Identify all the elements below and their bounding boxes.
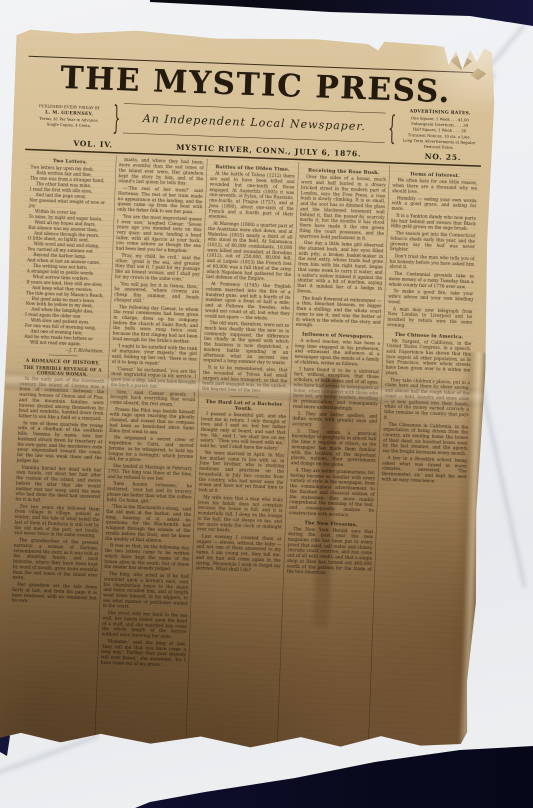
article-paragraph: In one of these quarrels the young wife … — [17, 420, 103, 466]
newspaper-front-page: THE MYSTIC PRESS. PUBLISHED EVERY FRIDAY… — [0, 25, 498, 764]
article-paragraph: In the early part of the fourteenth cent… — [18, 376, 104, 422]
newspaper-content: THE MYSTIC PRESS. PUBLISHED EVERY FRIDAY… — [0, 25, 498, 764]
article-paragraph: Over the sides of a house, much worn and… — [299, 175, 386, 242]
advertising-text: ADVERTISING RATES. One Square, 1 Week . … — [396, 108, 483, 152]
article-paragraph: My wife says that a man who truly loves … — [197, 495, 283, 536]
article-paragraph: ‘Caesar,’ he exclaimed, ‘you are the mos… — [111, 366, 197, 391]
article-paragraph: Mr. Sargent, of California, in the Unite… — [385, 338, 471, 379]
article-paragraph: We were married in April. In May her mot… — [198, 450, 284, 496]
publisher-terms: Terms, $1 Per Year in Advance.Single Cop… — [26, 115, 112, 129]
article-paragraph: I passed a beautiful girl, and she loved… — [200, 411, 286, 452]
article-paragraph: For two years she followed them from vil… — [14, 504, 100, 539]
masthead: THE MYSTIC PRESS. PUBLISHED EVERY FRIDAY… — [25, 56, 484, 167]
dark-fabric-top — [0, 0, 533, 30]
article-paragraph: The Centennial grounds take in more mone… — [389, 271, 474, 290]
article-paragraph: The season got into the Connecticut toba… — [390, 231, 476, 256]
article-paragraph: Last evening I counted them at supper — … — [195, 534, 281, 575]
publisher-box: PUBLISHED EVERY FRIDAY BY L. M. GUERNSEY… — [26, 94, 122, 138]
article-paragraph: It is to be remembered, also, that the w… — [202, 365, 288, 395]
article-paragraph: A school teacher, who has been a long ti… — [294, 338, 380, 368]
article-paragraph: A boy in a Brooklyn school, being asked … — [381, 455, 467, 485]
article-paragraph: ‘Pray, my child, be civil,’ said the oth… — [115, 253, 201, 283]
article-paragraph: The following day Caesar, to whom the ro… — [113, 304, 199, 345]
right-brace-ornament: } — [111, 94, 122, 143]
article-paragraph: Humility — eating your own words with a … — [391, 195, 476, 214]
article-paragraph: —‘The rest of her train?’ said Hortense.… — [117, 186, 203, 216]
article-paragraph: ‘You are the most improvised queen I eve… — [116, 214, 202, 255]
poem: Two letters lay upon my desk,Both writte… — [21, 164, 112, 347]
newspaper-subtitle: An Independent Local Newspaper. — [143, 113, 367, 134]
article-paragraph: Vannina buried her dead with her own han… — [15, 465, 101, 506]
article-paragraph: The grandmother of the present narrator,… — [12, 538, 98, 584]
article-paragraph: 2. They are better spellers, and define … — [292, 411, 377, 430]
masthead-subtitle-band: An Independent Local Newspaper. — [123, 103, 386, 143]
article-divider — [230, 396, 259, 398]
article-paragraph: The old wars, therefore, were not so muc… — [203, 320, 289, 366]
article-paragraph: The king, who acted as if he had stumble… — [103, 571, 189, 612]
article-paragraph: I have found it to be a universal fact, … — [293, 367, 379, 413]
article-paragraph: It was so that, on the following day, th… — [104, 543, 190, 573]
article-paragraph: It is a Yankton dandy who now parts his … — [391, 213, 476, 232]
photo-background: THE MYSTIC PRESS. PUBLISHED EVERY FRIDAY… — [0, 0, 533, 808]
article-paragraph: The bush flowered at midsummer — a thin,… — [296, 296, 382, 331]
article-paragraph: Her grandson set the tale down fairly at… — [12, 582, 98, 607]
dark-fabric-bottom — [0, 738, 533, 808]
article-paragraph: At Marengo (1800) a quarter part of the … — [206, 221, 293, 283]
article-paragraph: ‘You will pay for it in Genoa, then,’ he… — [114, 281, 200, 306]
article-paragraph: 4. They are better grammarians; for, hav… — [289, 468, 376, 519]
article-paragraph: We often hate for one little reason, whe… — [392, 178, 477, 197]
advertising-rates: One Square, 1 Week . . . $1.00Subsequent… — [396, 115, 483, 152]
dateline-volume: VOL. IV. — [73, 139, 113, 149]
article-paragraph: She stood with her back to the sea wall,… — [102, 610, 188, 640]
left-brace-ornament: { — [386, 104, 397, 153]
news-columns: Two Letters.Two letters lay upon my desk… — [4, 152, 481, 757]
article-paragraph: Frassu the Pilot was beside himself with… — [109, 407, 195, 437]
dateline-place-date: MYSTIC RIVER, CONN., JULY 6, 1876. — [176, 143, 362, 159]
article-paragraph: ‘Sans hautes richesses,’ he muttered; ‘y… — [107, 481, 193, 506]
article-paragraph: She landed at Macinajo in February, 1793… — [107, 463, 192, 482]
article-paragraph: The New York Herald says that during the… — [287, 526, 374, 577]
article-paragraph: The Chinamen in California, in the expec… — [382, 422, 468, 457]
article-paragraph: ‘Sire,’ said Caesar gravely, ‘I brought … — [110, 389, 195, 408]
article-paragraph: At Fontenoy (1745) the English column ma… — [205, 281, 291, 322]
article-paragraph: ‘Madame,’ said the king at last, ‘they t… — [101, 639, 187, 669]
article-paragraph: ‘This is the Blacksmith's doing,’ said t… — [105, 504, 191, 545]
article-paragraph: They take children's places, put in a cl… — [384, 377, 470, 423]
article-paragraph: At the battle of Tolosa (1212) there are… — [208, 171, 295, 222]
publisher-text: PUBLISHED EVERY FRIDAY BY L. M. GUERNSEY… — [26, 103, 112, 130]
advertising-box: { ADVERTISING RATES. One Square, 1 Week … — [386, 108, 482, 152]
article-paragraph: masts, and where they had been; more eve… — [118, 157, 204, 187]
article-paragraph: A man may now telegraph from New London … — [387, 306, 473, 331]
article-divider — [49, 355, 78, 357]
article-paragraph: Don't trust the man who tells you of his… — [389, 254, 474, 273]
article-paragraph: He organized a secret crew of expedition… — [108, 435, 194, 465]
article-paragraph: ‘I ought to be satisfied with the rank o… — [112, 343, 198, 368]
article-paragraph: One day a little lame girl observed the … — [297, 240, 384, 297]
fabric-crease — [0, 734, 99, 787]
article-paragraph: 3. They obtain a practical knowledge of … — [291, 429, 377, 470]
dateline-number: NO. 25. — [425, 152, 462, 162]
article-paragraph: To make a good fire, take your wife's ad… — [388, 289, 473, 308]
